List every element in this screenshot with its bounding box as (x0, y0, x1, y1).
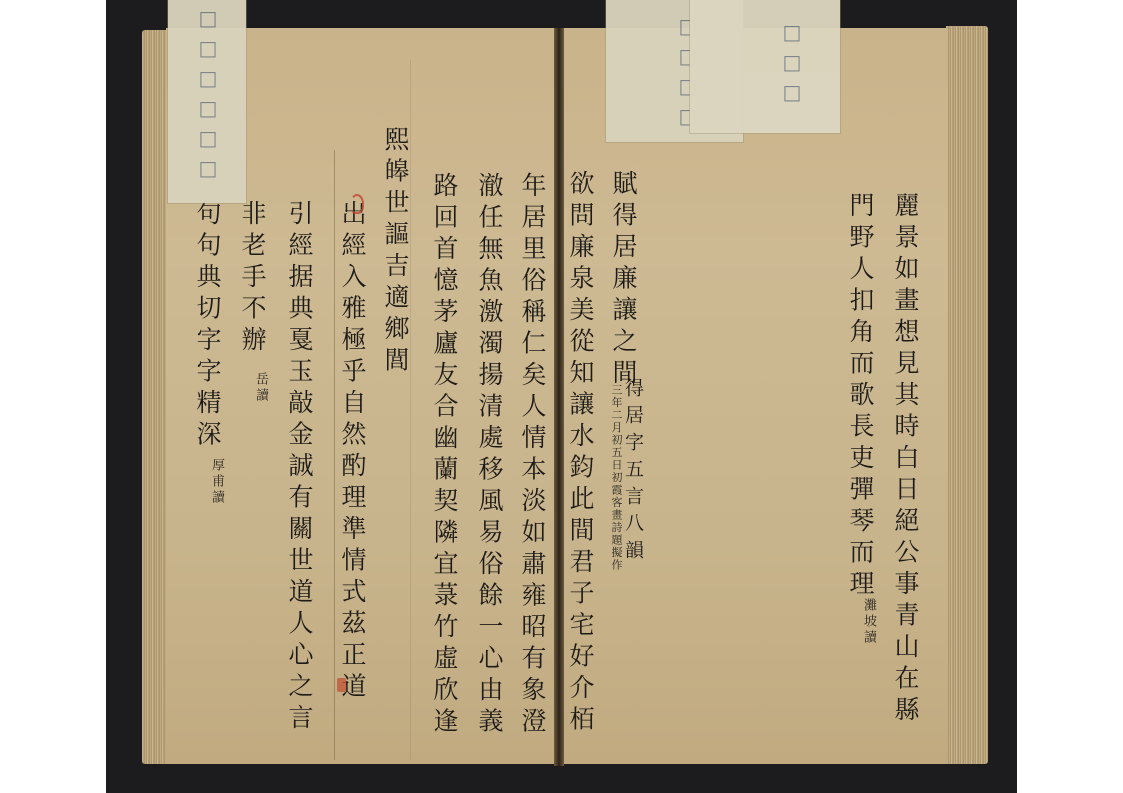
right-col-3-note: 得居字五言八韻 (623, 378, 642, 567)
slip-text: □□□ (780, 20, 804, 110)
pasted-slip-left: □□□□□□ (168, 0, 246, 203)
fold-line (334, 150, 335, 760)
right-page-edges (946, 26, 988, 764)
left-col-7-annotation: 岳讀 (254, 372, 267, 404)
red-seal-mark (350, 194, 364, 214)
left-col-2: 澈任無魚激濁揚清處移風易俗餘一心由義 (477, 172, 502, 739)
left-col-3: 路回首憶茅廬友合幽蘭契隣宜菉竹虛欣逢 (432, 172, 457, 739)
right-col-1: 麗景如畫想見其時白日絕公事青山在縣 (893, 192, 918, 728)
left-col-4: 熙皞世謳吉適鄉閭 (383, 126, 408, 378)
left-col-5: 出經入雅極乎自然酌理準情式茲正道 (340, 200, 365, 704)
red-seal-mark (337, 678, 346, 692)
left-col-7: 非老手不辦 (240, 200, 265, 358)
right-col-2: 門野人扣角而歌長吏彈琴而理 (848, 192, 873, 602)
left-col-8-annotation: 厚甫讀 (210, 458, 223, 506)
right-col-3-title: 賦得居廉讓之間 (611, 170, 636, 391)
fold-line (410, 60, 411, 760)
left-col-6: 引經据典戛玉敲金誠有關世道人心之言 (287, 200, 312, 736)
left-col-8: 句句典切字字精深 (195, 200, 220, 452)
right-col-3-small-note: 三年二月初五日初霞客畫詩題擬作 (611, 384, 622, 572)
left-col-1: 年居里俗稱仁矣人情本淡如肅雍昭有象澄 (520, 172, 545, 739)
slip-text: □□□□□□ (196, 6, 220, 186)
book-spine (554, 28, 564, 766)
left-page-edges (142, 30, 168, 764)
right-col-2-annotation: 灘坡讀 (862, 598, 875, 646)
pasted-slip-right-b: □□□ (690, 0, 840, 133)
right-col-4: 欲問廉泉美從知讓水鈞此間君子宅好介栢 (568, 170, 593, 737)
